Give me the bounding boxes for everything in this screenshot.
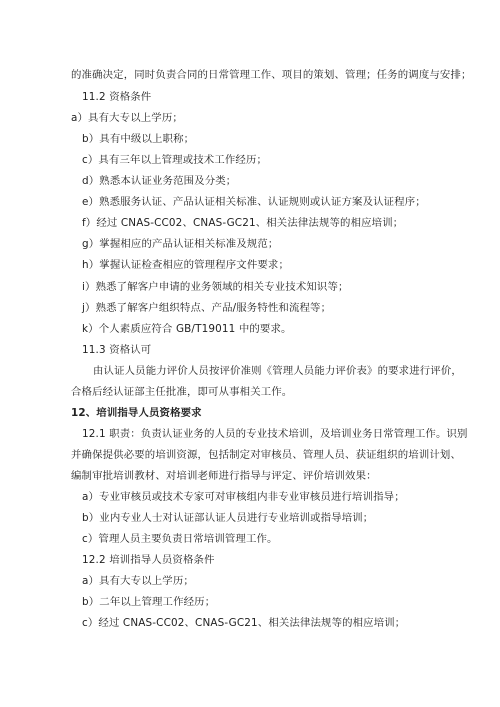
section-heading-11-3: 11.3 资格认可 (82, 343, 151, 357)
list-item: j）熟悉了解客户组织特点、产品/服务特性和流程等； (82, 301, 331, 315)
paragraph-line: 并确保提供必要的培训资源，包括制定对审核员、管理人员、获证组织的培训计划、 (71, 448, 461, 462)
list-item: b）业内专业人士对认证部认证人员进行专业培训或指导培训； (82, 511, 373, 525)
list-item: b）具有中级以上职称； (82, 132, 194, 146)
paragraph-line: 的准确决定，同时负责合同的日常管理工作、项目的策划、管理；任务的调度与安排； (71, 68, 472, 82)
list-item: c）具有三年以上管理或技术工作经历； (82, 153, 267, 167)
paragraph-line: 由认证人员能力评价人员按评价准则《管理人员能力评价表》的要求进行评价， (93, 364, 462, 378)
paragraph-line: 12.1 职责：负责认证业务的人员的专业技术培训，及培训业务日常管理工作。识别 (82, 427, 468, 441)
list-item: a）具有大专以上学历； (71, 111, 183, 125)
list-item: d）熟悉本认证业务范围及分类； (82, 174, 236, 188)
list-item: b）二年以上管理工作经历； (82, 595, 215, 609)
list-item: a）具有大专以上学历； (82, 574, 194, 588)
section-heading-11-2: 11.2 资格条件 (82, 90, 151, 104)
list-item: e）熟悉服务认证、产品认证相关标准、认证规则或认证方案及认证程序； (82, 195, 426, 209)
section-heading-12-2: 12.2 培训指导人员资格条件 (82, 553, 215, 567)
list-item: k）个人素质应符合 GB/T19011 中的要求。 (82, 322, 292, 336)
paragraph-line: 编制审批培训教材、对培训老师进行指导与评定、评价培训效果： (71, 469, 377, 483)
list-item: h）掌握认证检查相应的管理程序文件要求； (82, 258, 289, 272)
list-item: c）管理人员主要负责日常培训管理工作。 (82, 532, 278, 546)
document-page: 的准确决定，同时负责合同的日常管理工作、项目的策划、管理；任务的调度与安排； 1… (0, 0, 500, 707)
list-item: g）掌握相应的产品认证相关标准及规范； (82, 237, 278, 251)
list-item: a）专业审核员或技术专家可对审核组内非专业审核员进行培训指导； (82, 490, 405, 504)
list-item: f）经过 CNAS-CC02、CNAS-GC21、相关法律法规等的相应培训； (82, 216, 403, 230)
paragraph-line: 合格后经认证部主任批准，即可从事相关工作。 (71, 385, 292, 399)
list-item: i）熟悉了解客户申请的业务领域的相关专业技术知识等； (82, 280, 349, 294)
section-heading-12: 12、培训指导人员资格要求 (71, 406, 202, 420)
list-item: c）经过 CNAS-CC02、CNAS-GC21、相关法律法规等的相应培训； (82, 616, 405, 630)
